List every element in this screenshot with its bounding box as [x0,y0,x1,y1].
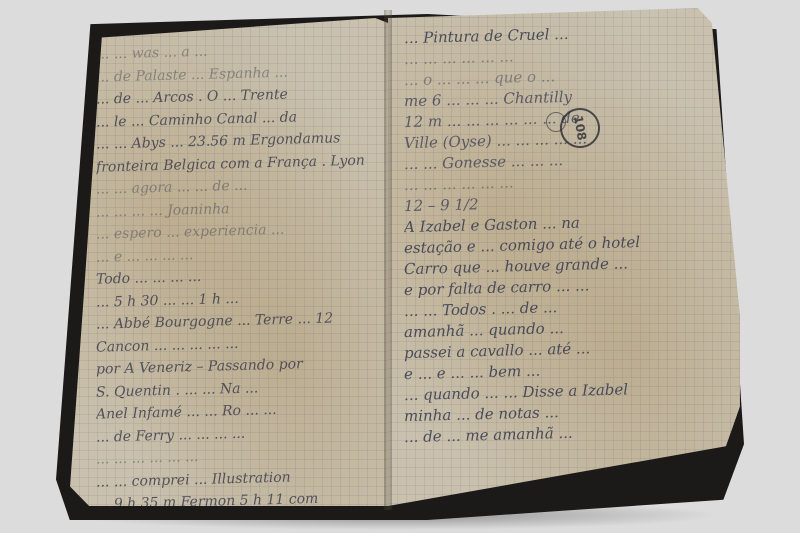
right-page-handwriting: ... Pintura de Cruel ... ... ... ... ...… [404,24,724,444]
notebook-spine [384,10,392,510]
notebook-photo: ... ... was ... a ... ... de Palaste ...… [0,0,800,533]
right-page: ... Pintura de Cruel ... ... ... ... ...… [388,8,740,506]
left-page: ... ... was ... a ... ... de Palaste ...… [70,18,388,506]
left-page-handwriting: ... ... was ... a ... ... de Palaste ...… [96,40,376,506]
